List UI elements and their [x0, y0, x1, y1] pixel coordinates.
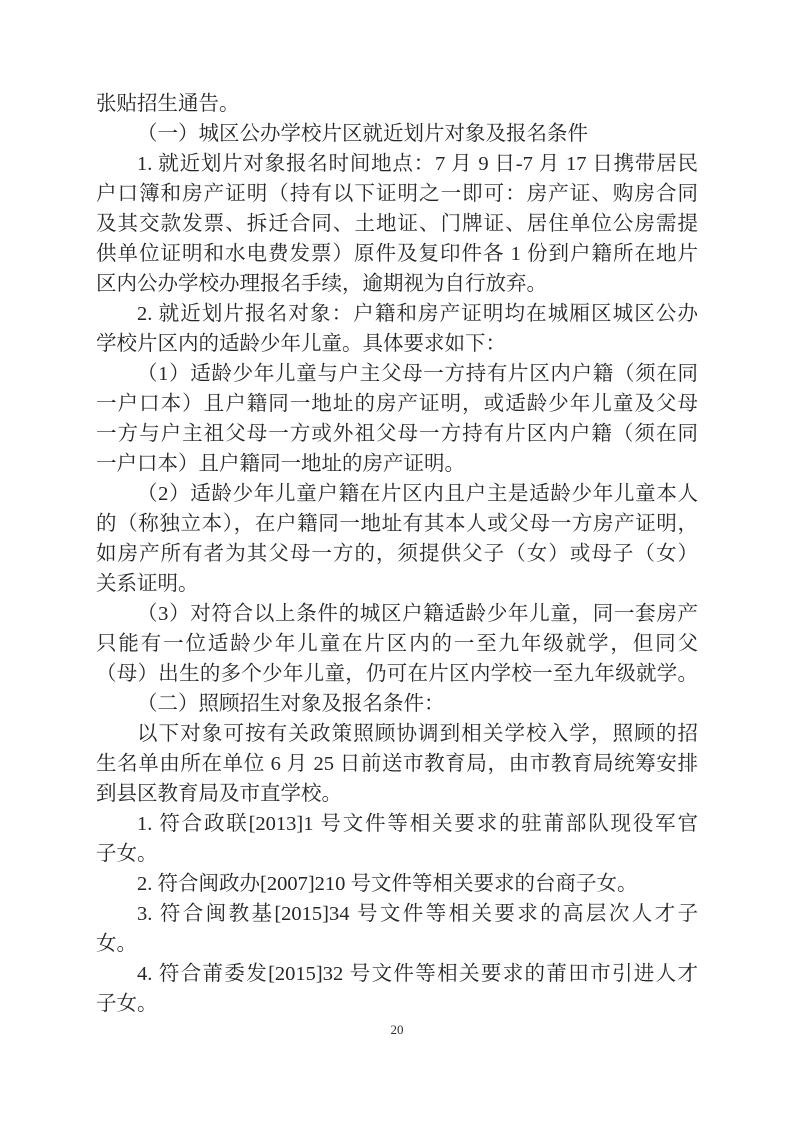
text-line: 张贴招生通告。 — [96, 89, 698, 119]
text-line: 一户口本）且户籍同一地址的房产证明，或适龄少年儿童及父母 — [96, 389, 698, 419]
text-line: 4. 符合莆委发[2015]32 号文件等相关要求的莆田市引进人才 — [96, 959, 698, 989]
text-line: 以下对象可按有关政策照顾协调到相关学校入学，照顾的招 — [96, 719, 698, 749]
text-line: 一方与户主祖父母一方或外祖父母一方持有片区内户籍（须在同 — [96, 419, 698, 449]
text-line: 女。 — [96, 929, 698, 959]
text-line: 如房产所有者为其父母一方的，须提供父子（女）或母子（女） — [96, 539, 698, 569]
text-line: 3. 符合闽教基[2015]34 号文件等相关要求的高层次人才子 — [96, 899, 698, 929]
text-line: 子女。 — [96, 839, 698, 869]
text-line: 及其交款发票、拆迁合同、土地证、门牌证、居住单位公房需提 — [96, 209, 698, 239]
text-line: （母）出生的多个少年儿童，仍可在片区内学校一至九年级就学。 — [96, 659, 698, 689]
text-line: 生名单由所在单位 6 月 25 日前送市教育局，由市教育局统筹安排 — [96, 749, 698, 779]
text-line: 学校片区内的适龄少年儿童。具体要求如下： — [96, 329, 698, 359]
text-line: （2）适龄少年儿童户籍在片区内且户主是适龄少年儿童本人 — [96, 479, 698, 509]
text-line: （二）照顾招生对象及报名条件： — [96, 689, 698, 719]
text-line: 的（称独立本），在户籍同一地址有其本人或父母一方房产证明， — [96, 509, 698, 539]
text-line: 关系证明。 — [96, 569, 698, 599]
text-line: 子女。 — [96, 989, 698, 1019]
text-line: 1. 就近划片对象报名时间地点：7 月 9 日-7 月 17 日携带居民 — [96, 149, 698, 179]
text-line: 1. 符合政联[2013]1 号文件等相关要求的驻莆部队现役军官 — [96, 809, 698, 839]
text-line: （一）城区公办学校片区就近划片对象及报名条件 — [96, 119, 698, 149]
text-line: （1）适龄少年儿童与户主父母一方持有片区内户籍（须在同 — [96, 359, 698, 389]
text-line: 到县区教育局及市直学校。 — [96, 779, 698, 809]
text-line: 只能有一位适龄少年儿童在片区内的一至九年级就学，但同父 — [96, 629, 698, 659]
document-lines: 张贴招生通告。（一）城区公办学校片区就近划片对象及报名条件1. 就近划片对象报名… — [96, 89, 698, 1019]
text-line: 户口簿和房产证明（持有以下证明之一即可：房产证、购房合同 — [96, 179, 698, 209]
text-line: 一户口本）且户籍同一地址的房产证明。 — [96, 449, 698, 479]
text-line: 2. 符合闽政办[2007]210 号文件等相关要求的台商子女。 — [96, 869, 698, 899]
text-line: 区内公办学校办理报名手续，逾期视为自行放弃。 — [96, 269, 698, 299]
document-page: 张贴招生通告。（一）城区公办学校片区就近划片对象及报名条件1. 就近划片对象报名… — [0, 0, 794, 1123]
text-line: （3）对符合以上条件的城区户籍适龄少年儿童，同一套房产 — [96, 599, 698, 629]
text-line: 2. 就近划片报名对象：户籍和房产证明均在城厢区城区公办 — [96, 299, 698, 329]
page-number: 20 — [0, 1021, 794, 1039]
text-line: 供单位证明和水电费发票）原件及复印件各 1 份到户籍所在地片 — [96, 239, 698, 269]
